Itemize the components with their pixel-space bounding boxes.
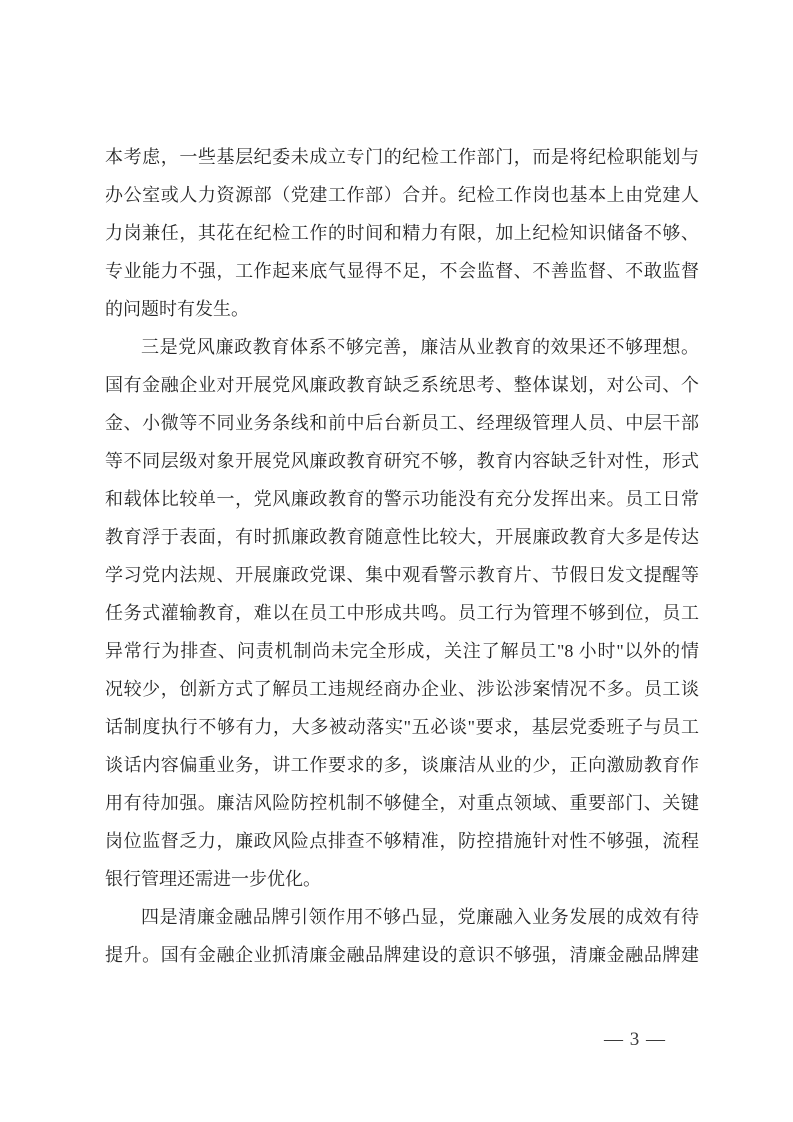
body-line: 力岗兼任，其花在纪检工作的时间和精力有限，加上纪检知识储备不够、 bbox=[105, 214, 699, 252]
body-line: 话制度执行不够有力，大多被动落实"五必谈"要求，基层党委班子与员工 bbox=[105, 708, 699, 746]
body-line: 任务式灌输教育，难以在员工中形成共鸣。员工行为管理不够到位，员工 bbox=[105, 594, 699, 632]
page-number: — 3 — bbox=[565, 1028, 705, 1052]
body-line: 国有金融企业对开展党风廉政教育缺乏系统思考、整体谋划，对公司、个 bbox=[105, 366, 699, 404]
body-line: 和载体比较单一，党风廉政教育的警示功能没有充分发挥出来。员工日常 bbox=[105, 480, 699, 518]
body-line: 教育浮于表面，有时抓廉政教育随意性比较大，开展廉政教育大多是传达 bbox=[105, 518, 699, 556]
body-line: 金、小微等不同业务条线和前中后台新员工、经理级管理人员、中层干部 bbox=[105, 404, 699, 442]
body-line: 等不同层级对象开展党风廉政教育研究不够，教育内容缺乏针对性，形式 bbox=[105, 442, 699, 480]
body-line: 异常行为排查、问责机制尚未完全形成，关注了解员工"8 小时"以外的情 bbox=[105, 632, 699, 670]
body-line: 况较少，创新方式了解员工违规经商办企业、涉讼涉案情况不多。员工谈 bbox=[105, 670, 699, 708]
document-page: 本考虑，一些基层纪委未成立专门的纪检工作部门，而是将纪检职能划与 办公室或人力资… bbox=[0, 0, 793, 1122]
body-line: 用有待加强。廉洁风险防控机制不够健全，对重点领域、重要部门、关键 bbox=[105, 784, 699, 822]
body-line: 专业能力不强，工作起来底气显得不足，不会监督、不善监督、不敢监督 bbox=[105, 252, 699, 290]
body-line: 办公室或人力资源部（党建工作部）合并。纪检工作岗也基本上由党建人 bbox=[105, 176, 699, 214]
body-line: 谈话内容偏重业务，讲工作要求的多，谈廉洁从业的少，正向激励教育作 bbox=[105, 746, 699, 784]
body-line: 银行管理还需进一步优化。 bbox=[105, 860, 699, 898]
body-line: 岗位监督乏力，廉政风险点排查不够精准，防控措施针对性不够强，流程 bbox=[105, 822, 699, 860]
body-line: 学习党内法规、开展廉政党课、集中观看警示教育片、节假日发文提醒等 bbox=[105, 556, 699, 594]
body-line-paragraph-start: 四是清廉金融品牌引领作用不够凸显，党廉融入业务发展的成效有待 bbox=[105, 898, 699, 936]
document-body: 本考虑，一些基层纪委未成立专门的纪检工作部门，而是将纪检职能划与 办公室或人力资… bbox=[105, 138, 699, 974]
body-line: 本考虑，一些基层纪委未成立专门的纪检工作部门，而是将纪检职能划与 bbox=[105, 138, 699, 176]
body-line-paragraph-start: 三是党风廉政教育体系不够完善，廉洁从业教育的效果还不够理想。 bbox=[105, 328, 699, 366]
body-line: 提升。国有金融企业抓清廉金融品牌建设的意识不够强，清廉金融品牌建 bbox=[105, 936, 699, 974]
body-line: 的问题时有发生。 bbox=[105, 290, 699, 328]
